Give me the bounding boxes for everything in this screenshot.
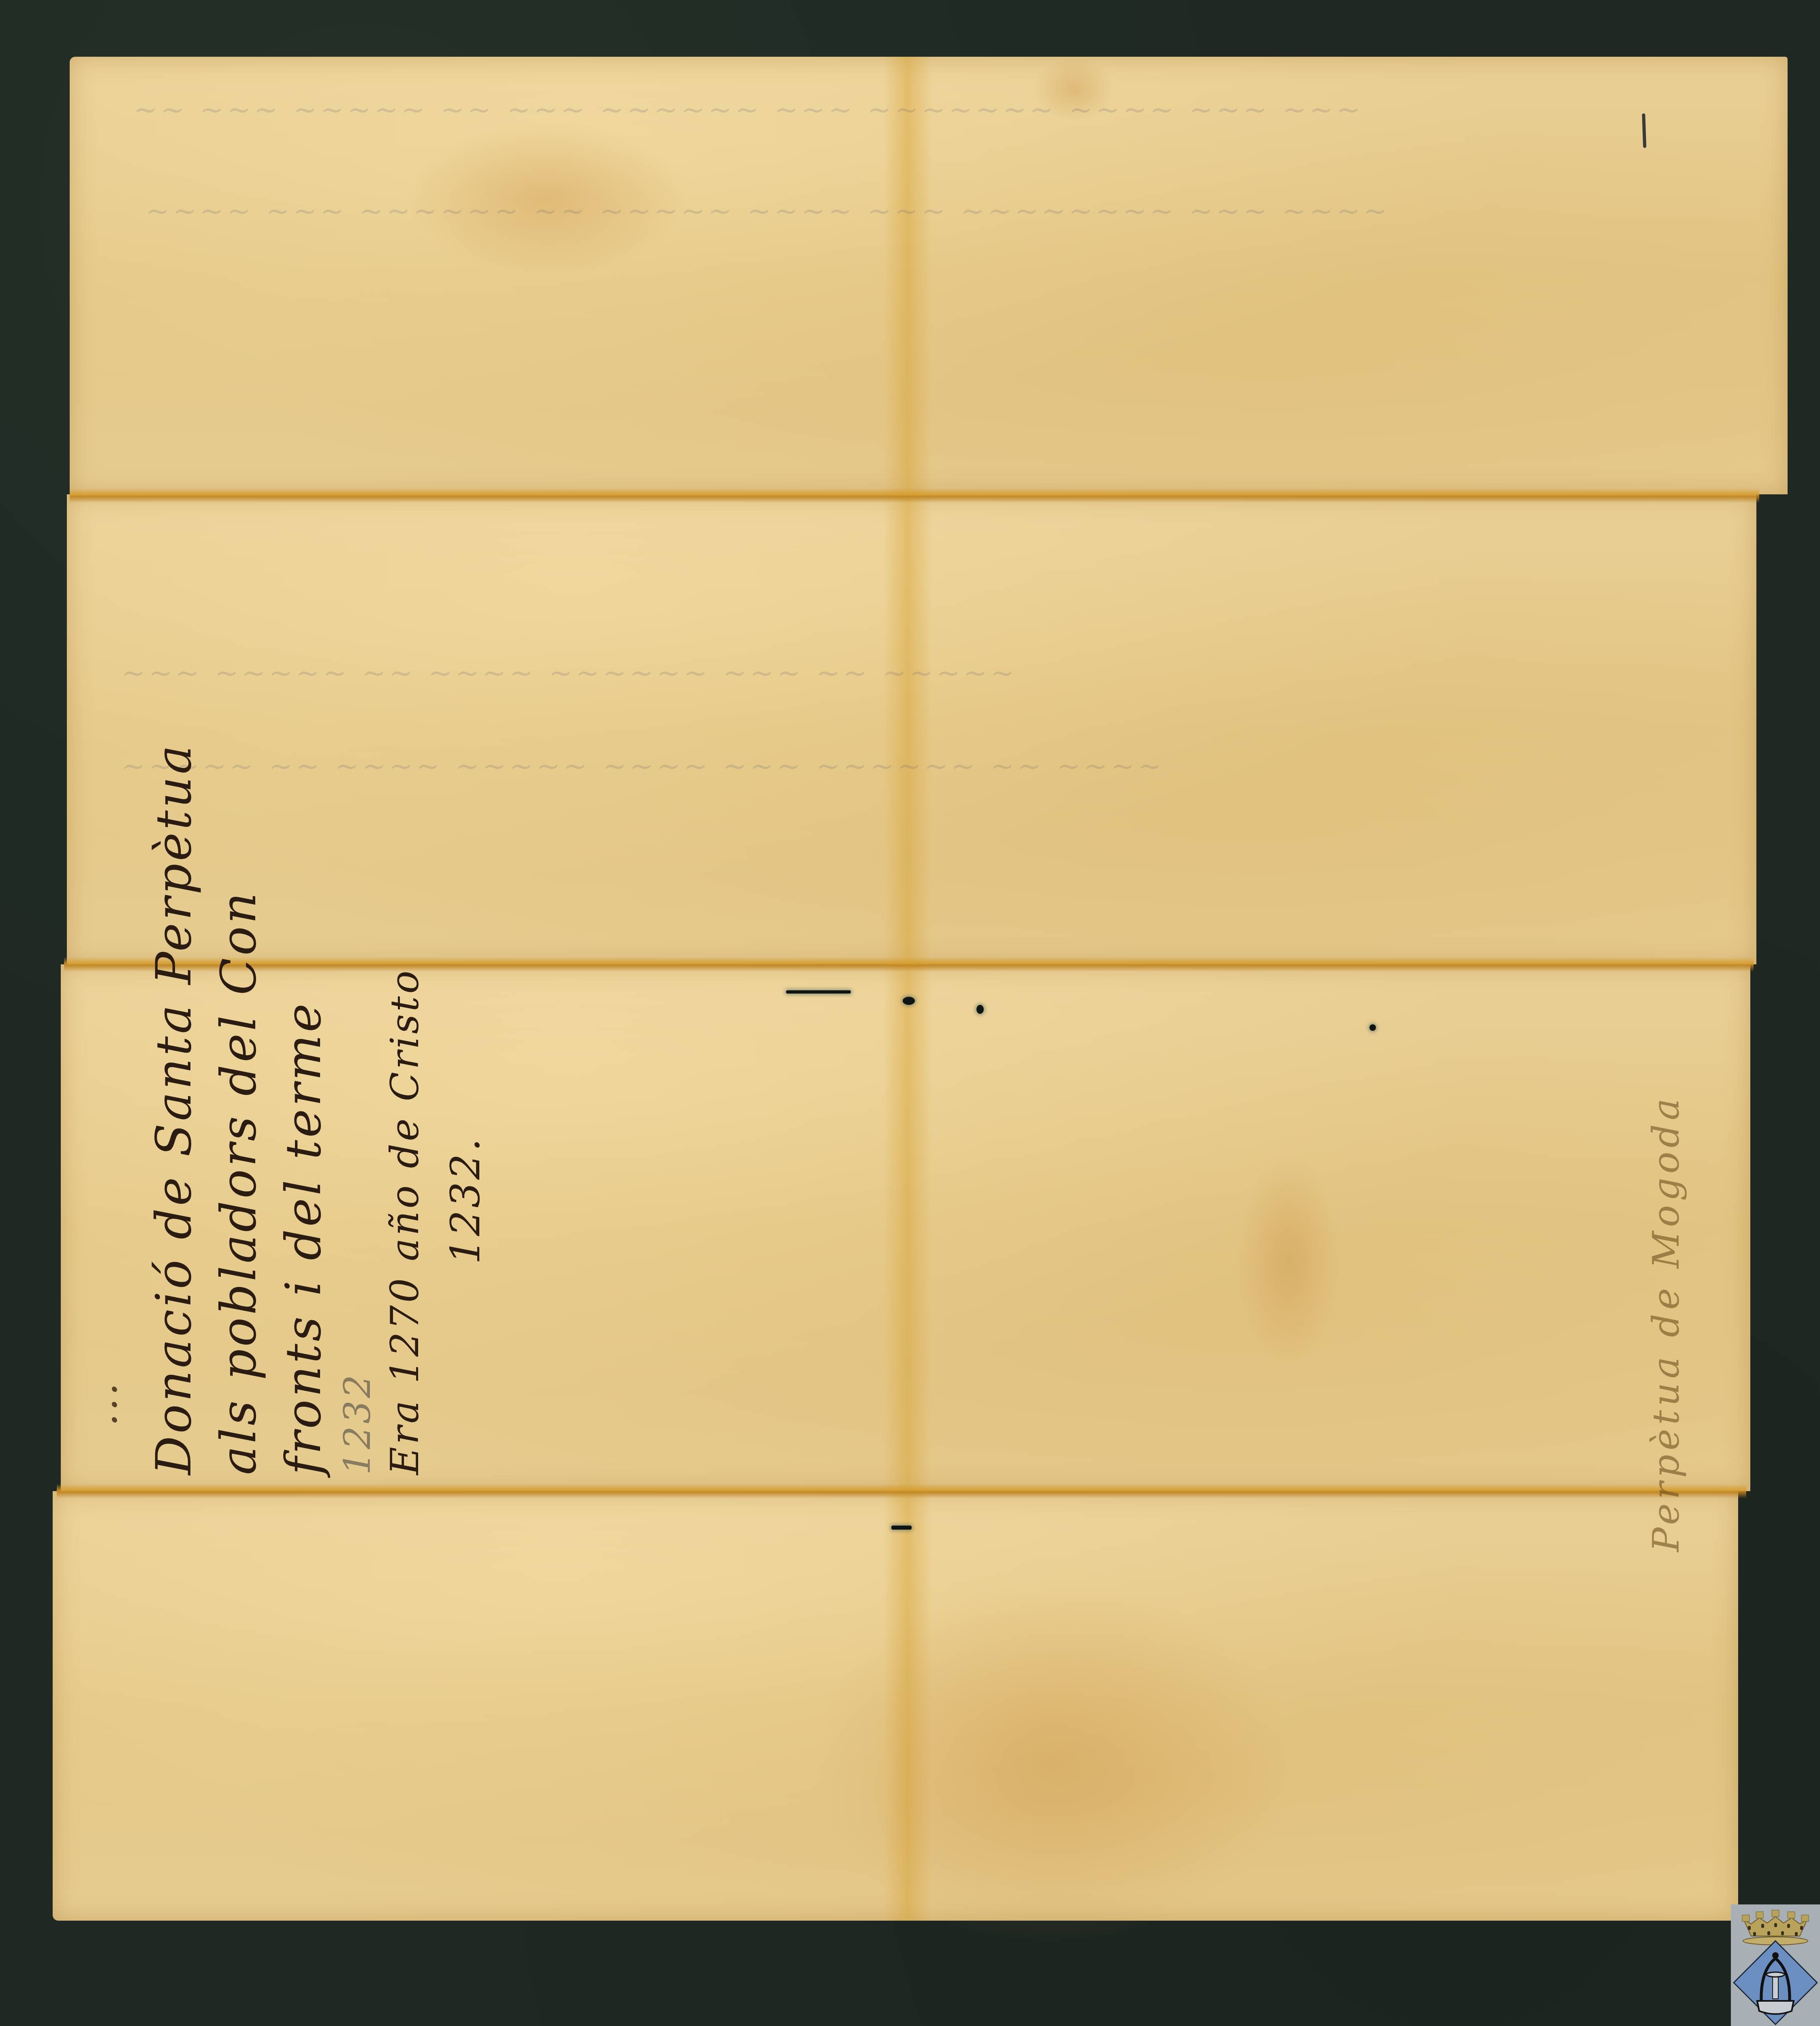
- parchment-document: ~~ ~~~ ~~~~~ ~~ ~~~ ~~~~~~ ~~~ ~~~~~~~ ~…: [0, 0, 1820, 2026]
- horizontal-fold-line: [70, 488, 1759, 503]
- annotation-faded-reference: 1232: [336, 1372, 379, 1475]
- annotation-title-line-1: Donació de Santa Perpètua: [146, 743, 202, 1475]
- diamond-shield-fountain-icon: [1733, 1940, 1818, 2025]
- coat-of-arms-emblem: [1731, 1904, 1820, 2026]
- horizontal-fold-line: [57, 1484, 1746, 1498]
- bleed-through-text: ~~ ~~~ ~~~~~ ~~ ~~~ ~~~~~~ ~~~ ~~~~~~~ ~…: [134, 93, 1363, 126]
- bleed-through-text: ~~~ ~~~~~ ~~ ~~~~ ~~~~~~ ~~~ ~~ ~~~~~: [122, 656, 1017, 690]
- wormhole: [903, 997, 915, 1005]
- annotation-title-line-3: fronts i del terme: [276, 1001, 332, 1475]
- annotation-right-margin: Perpètua de Mogoda: [1645, 1094, 1688, 1552]
- bleed-through-text: ~~~~~ ~~ ~~~~ ~~~~~ ~~~~ ~~~ ~~~~~~ ~~ ~…: [122, 750, 1165, 783]
- horizontal-fold-line: [64, 957, 1754, 972]
- wormhole: [976, 1005, 984, 1014]
- annotation-year: 1232.: [442, 1136, 489, 1264]
- annotation-title-line-2: als pobladors del Con: [211, 890, 267, 1475]
- fold-tear: [786, 990, 851, 994]
- annotation-era-date: Era 1270 año de Cristo: [383, 968, 427, 1475]
- fold-tear: [891, 1526, 912, 1530]
- water-stain: [810, 1580, 1297, 1945]
- bleed-through-text: ~~~~ ~~~ ~~~~~~ ~~ ~~~~~ ~~~~ ~~~ ~~~~~~…: [146, 194, 1391, 228]
- water-stain: [1236, 1155, 1341, 1366]
- wormhole: [1369, 1024, 1376, 1031]
- annotation-mark: ...: [79, 1381, 126, 1426]
